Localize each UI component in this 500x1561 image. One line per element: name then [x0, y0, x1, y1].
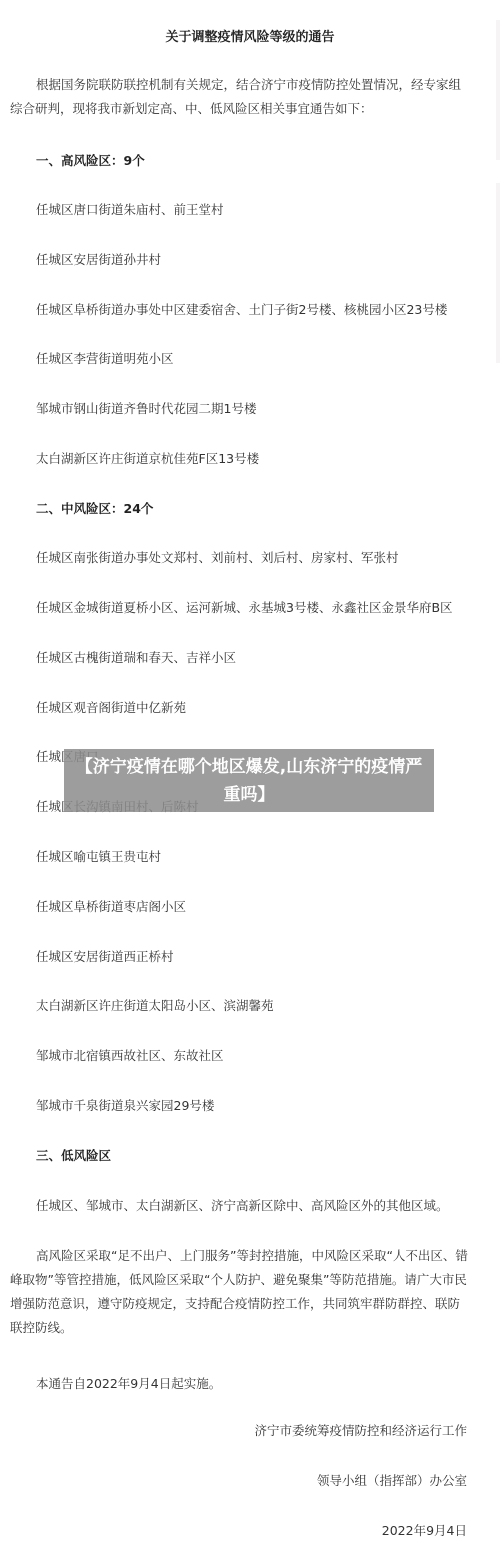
right-edge-strip [496, 183, 500, 363]
list-item: 任城区古槐街道瑞和春天、吉祥小区 [36, 649, 236, 667]
caption-overlay: 【济宁疫情在哪个地区爆发,山东济宁的疫情严重吗】 [64, 749, 434, 812]
list-item: 任城区唐口街道朱庙村、前王堂村 [36, 201, 224, 219]
list-item: 邹城市北宿镇西故社区、东故社区 [36, 1047, 224, 1065]
signature-org-line2: 领导小组（指挥部）办公室 [317, 1472, 467, 1490]
list-item: 太白湖新区许庄街道太阳岛小区、滨湖馨苑 [36, 997, 274, 1015]
list-item: 任城区观音阁街道中亿新苑 [36, 699, 186, 717]
list-item: 任城区、邹城市、太白湖新区、济宁高新区除中、高风险区外的其他区域。 [36, 1197, 449, 1215]
caption-overlay-text: 【济宁疫情在哪个地区爆发,山东济宁的疫情严重吗】 [74, 753, 424, 809]
list-item: 任城区喻屯镇王贵屯村 [36, 848, 161, 866]
list-item: 邹城市钢山街道齐鲁时代花园二期1号楼 [36, 400, 256, 418]
section-heading-medium-risk: 二、中风险区：24个 [36, 500, 153, 518]
document-title: 关于调整疫情风险等级的通告 [0, 26, 500, 45]
list-item: 太白湖新区许庄街道京杭佳苑F区13号楼 [36, 450, 259, 468]
list-item: 邹城市千泉街道泉兴家园29号楼 [36, 1097, 214, 1115]
section-heading-low-risk: 三、低风险区 [36, 1147, 111, 1165]
list-item: 任城区南张街道办事处文郑村、刘前村、刘后村、房家村、军张村 [36, 549, 399, 567]
list-item: 任城区阜桥街道枣店阁小区 [36, 898, 186, 916]
list-item: 任城区金城街道夏桥小区、运河新城、永基城3号楼、永鑫社区金景华府B区 [36, 599, 453, 617]
section-heading-high-risk: 一、高风险区：9个 [36, 152, 145, 170]
list-item: 任城区阜桥街道办事处中区建委宿舍、土门子街2号楼、核桃园小区23号楼 [36, 301, 447, 319]
intro-paragraph: 根据国务院联防联控机制有关规定，结合济宁市疫情防控处置情况，经专家组综合研判，现… [10, 73, 470, 121]
effective-date-paragraph: 本通告自2022年9月4日起实施。 [10, 1372, 470, 1396]
signature-date: 2022年9月4日 [382, 1522, 467, 1540]
measures-paragraph: 高风险区采取“足不出户、上门服务”等封控措施，中风险区采取“人不出区、错峰取物”… [10, 1244, 470, 1340]
list-item: 任城区安居街道孙井村 [36, 251, 161, 269]
list-item: 任城区李营街道明苑小区 [36, 350, 174, 368]
list-item: 任城区安居街道西正桥村 [36, 948, 174, 966]
signature-org-line1: 济宁市委统筹疫情防控和经济运行工作 [254, 1422, 467, 1440]
